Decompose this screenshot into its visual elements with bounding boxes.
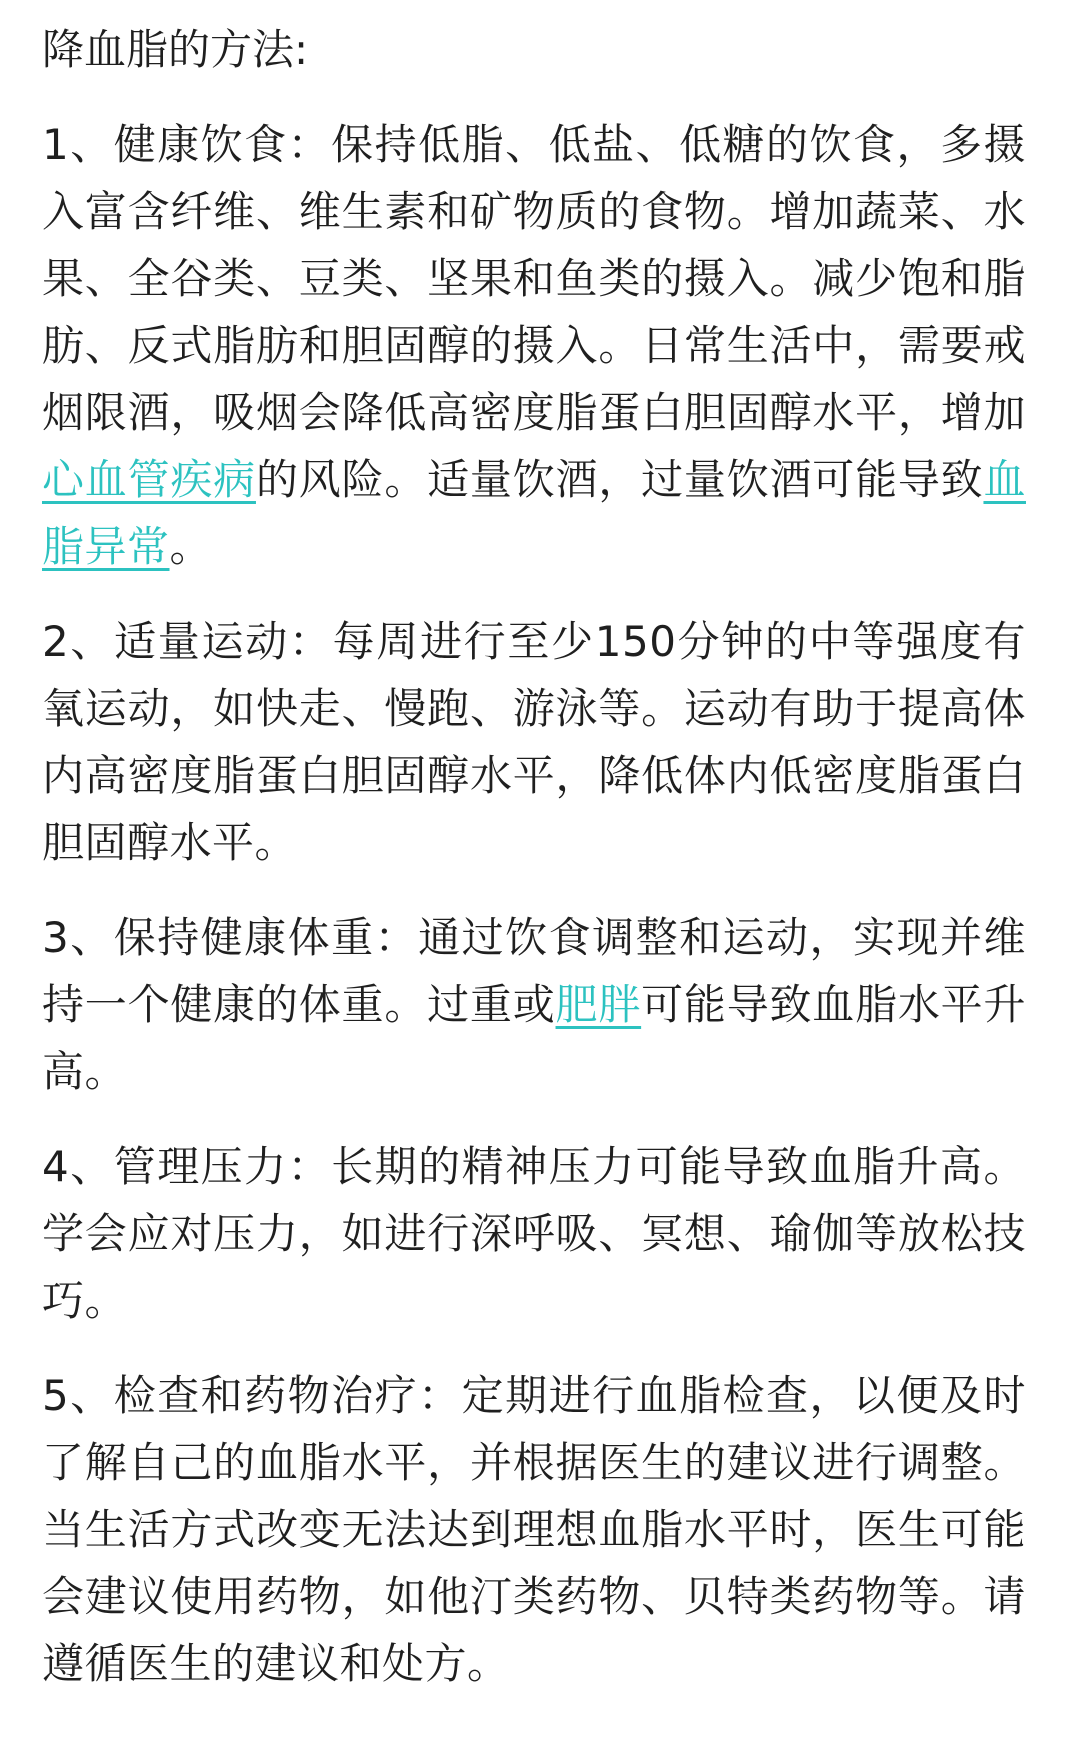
paragraph-text: 2、适量运动：每周进行至少150分钟的中等强度有氧运动，如快走、慢跑、游泳等。运… bbox=[42, 617, 1026, 867]
paragraph: 4、管理压力：长期的精神压力可能导致血脂升高。学会应对压力，如进行深呼吸、冥想、… bbox=[42, 1133, 1026, 1334]
medical-term-link[interactable]: 心血管疾病 bbox=[42, 455, 256, 504]
medical-term-link[interactable]: 肥胖 bbox=[556, 980, 642, 1029]
paragraph-text: 1、健康饮食：保持低脂、低盐、低糖的饮食，多摄入富含纤维、维生素和矿物质的食物。… bbox=[42, 120, 1026, 437]
paragraph-text: 的风险。适量饮酒，过量饮酒可能导致 bbox=[256, 455, 984, 504]
paragraph: 1、健康饮食：保持低脂、低盐、低糖的饮食，多摄入富含纤维、维生素和矿物质的食物。… bbox=[42, 111, 1026, 580]
paragraph-text: 。 bbox=[170, 522, 213, 571]
paragraph: 5、检查和药物治疗：定期进行血脂检查，以便及时了解自己的血脂水平，并根据医生的建… bbox=[42, 1362, 1026, 1697]
article: 降血脂的方法: 1、健康饮食：保持低脂、低盐、低糖的饮食，多摄入富含纤维、维生素… bbox=[0, 0, 1068, 1737]
paragraph-text: 5、检查和药物治疗：定期进行血脂检查，以便及时了解自己的血脂水平，并根据医生的建… bbox=[42, 1371, 1026, 1688]
paragraph: 2、适量运动：每周进行至少150分钟的中等强度有氧运动，如快走、慢跑、游泳等。运… bbox=[42, 608, 1026, 876]
paragraph-text: 4、管理压力：长期的精神压力可能导致血脂升高。学会应对压力，如进行深呼吸、冥想、… bbox=[42, 1142, 1026, 1325]
page-title: 降血脂的方法: bbox=[42, 16, 1026, 83]
paragraph: 3、保持健康体重：通过饮食调整和运动，实现并维持一个健康的体重。过重或肥胖可能导… bbox=[42, 904, 1026, 1105]
page: { "page": { "background": "#ffffff", "te… bbox=[0, 0, 1068, 1747]
paragraph-list: 1、健康饮食：保持低脂、低盐、低糖的饮食，多摄入富含纤维、维生素和矿物质的食物。… bbox=[42, 111, 1026, 1697]
